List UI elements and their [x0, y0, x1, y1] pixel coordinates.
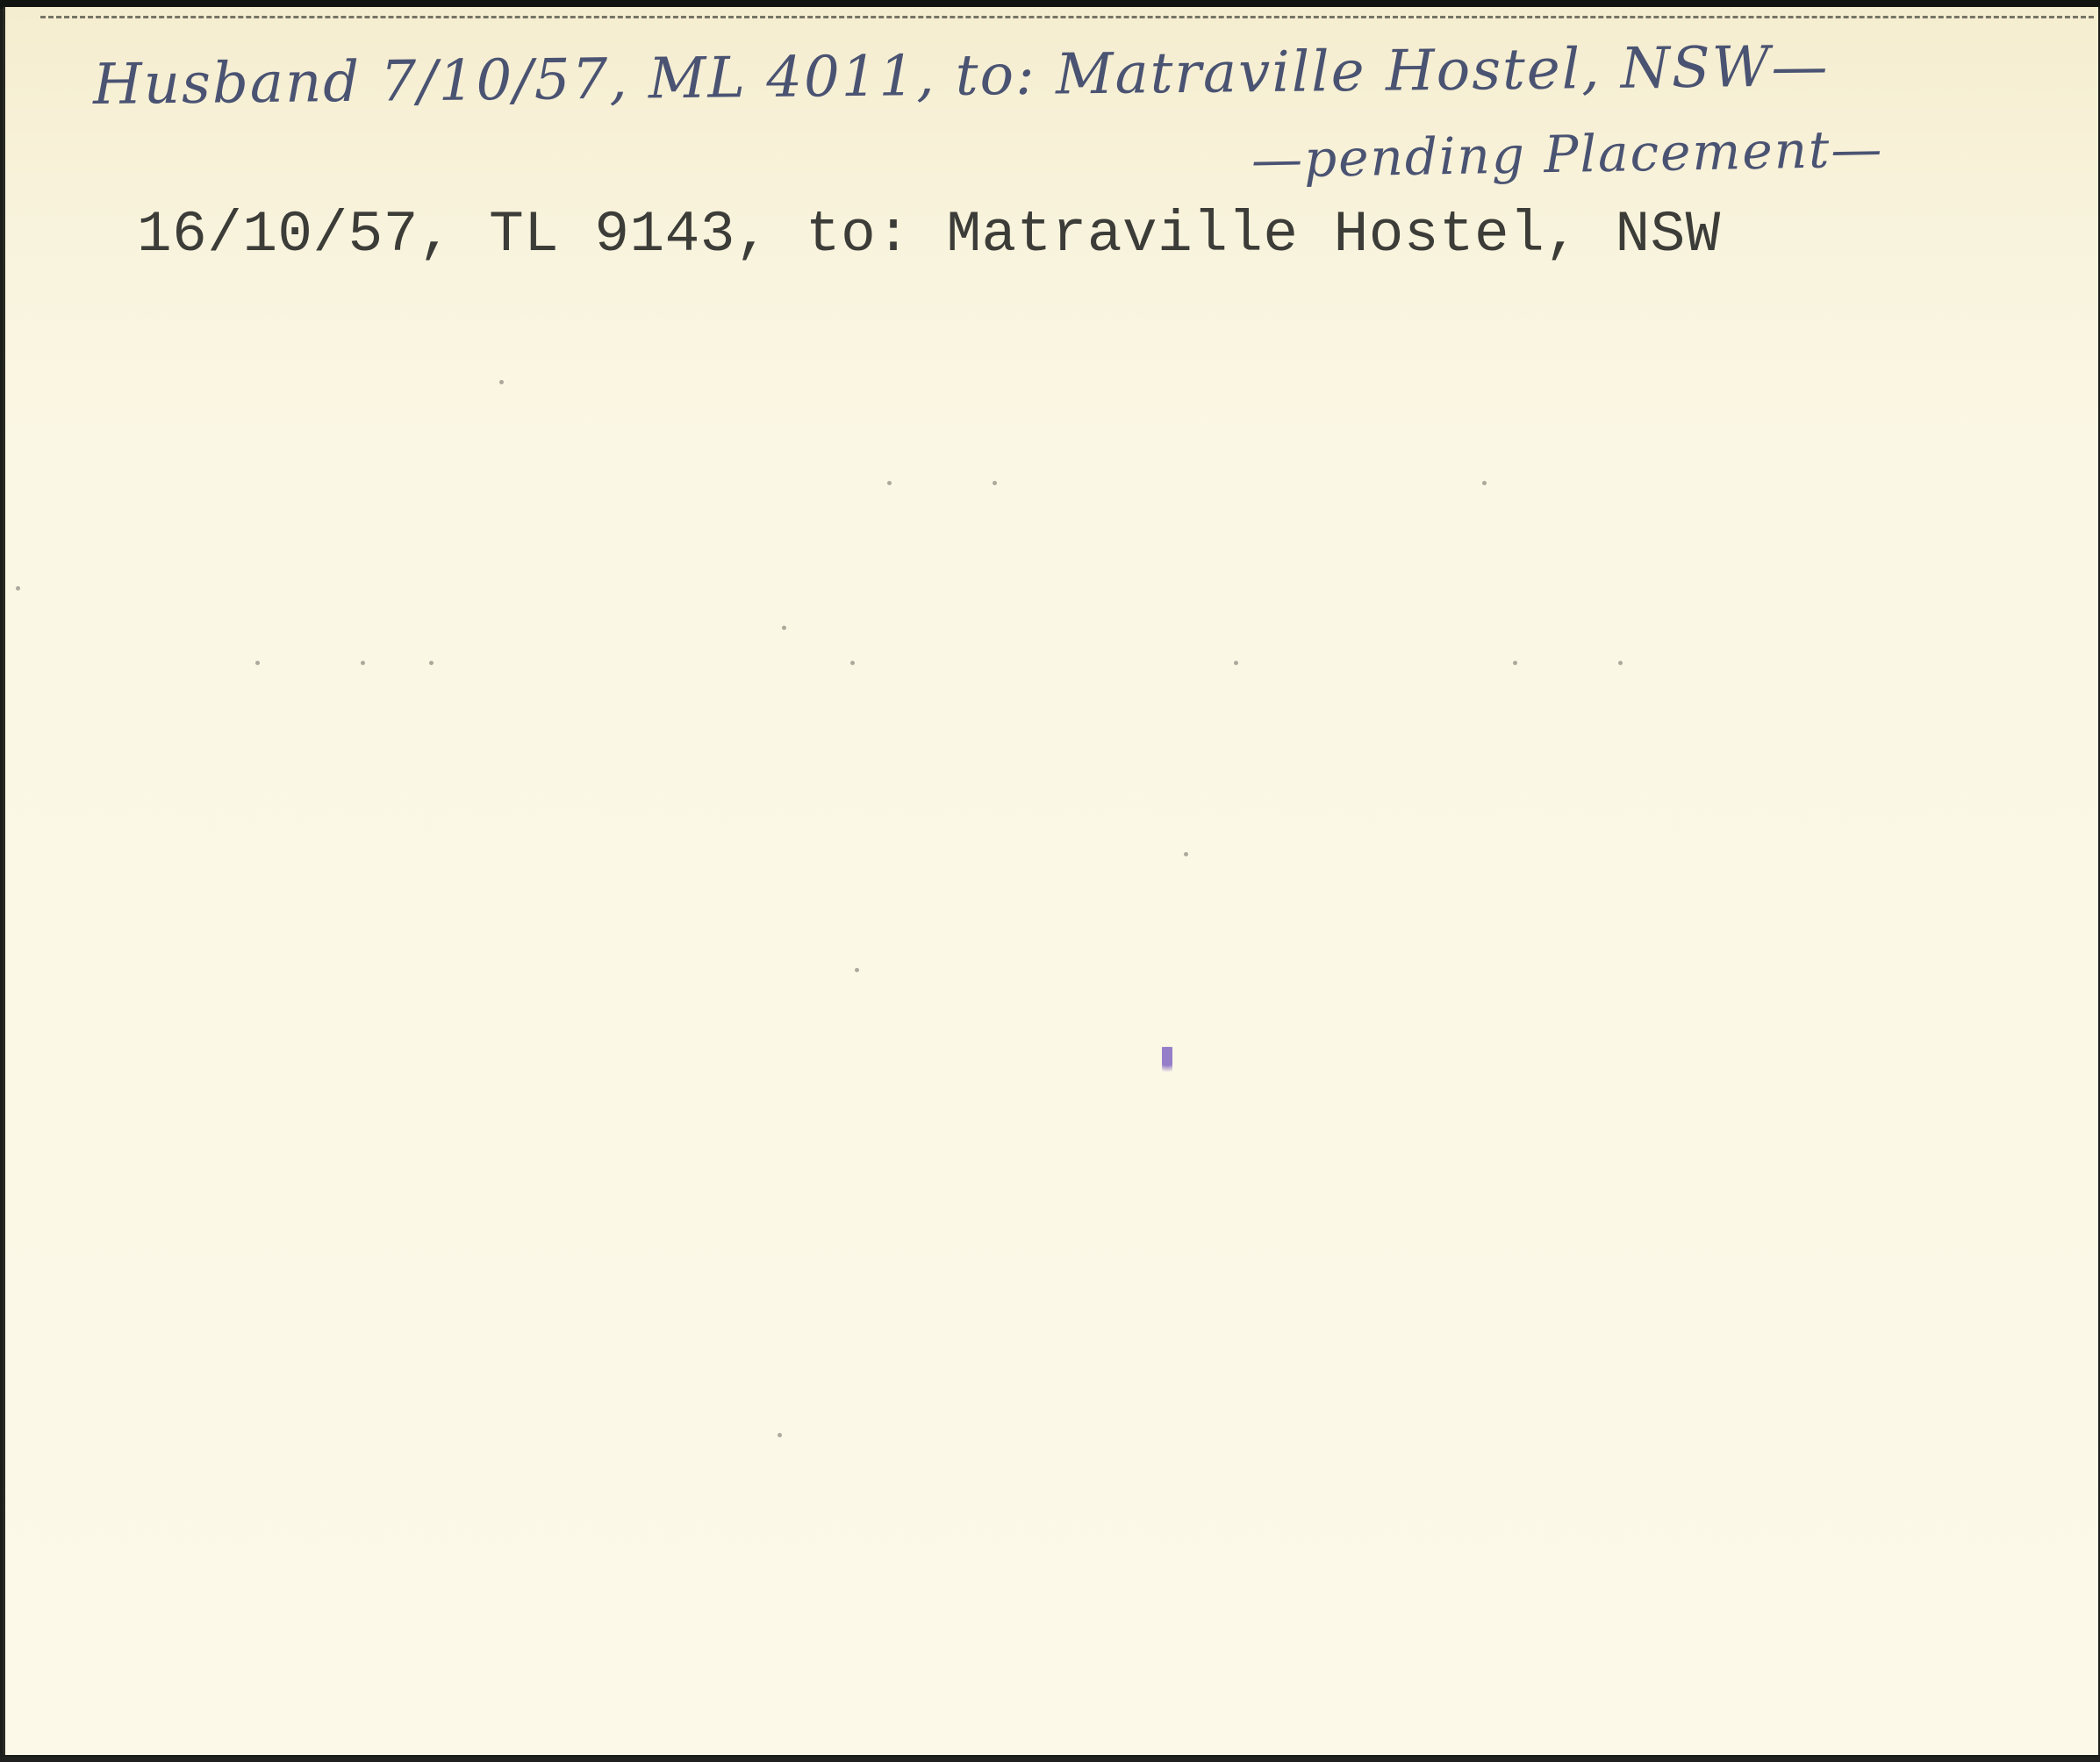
paper-speck: [778, 1433, 782, 1437]
paper-speck: [1482, 481, 1487, 485]
paper-speck: [499, 380, 504, 384]
paper-speck: [850, 661, 855, 665]
paper-speck: [782, 626, 786, 630]
paper-speck: [1234, 661, 1238, 665]
paper-speck: [361, 661, 365, 665]
paper-speck: [1513, 661, 1517, 665]
typed-entry-line-1: 16/10/57, TL 9143, to: Matraville Hostel…: [137, 202, 1721, 268]
paper-speck: [887, 481, 892, 485]
card-bottom-edge: [0, 1757, 2100, 1762]
ink-spot: [1162, 1047, 1172, 1078]
paper-speck: [16, 586, 20, 591]
handwritten-entry-line-1: Husband 7/10/57, ML 4011, to: Matraville…: [93, 34, 1830, 118]
paper-speck: [429, 661, 434, 665]
paper-speck: [993, 481, 997, 485]
handwritten-entry-line-2: —pending Placement—: [1251, 118, 1883, 190]
paper-speck: [1184, 852, 1188, 856]
index-card: Husband 7/10/57, ML 4011, to: Matraville…: [3, 7, 2098, 1755]
perforation-line: [40, 16, 2094, 18]
paper-speck: [855, 968, 859, 972]
paper-speck: [255, 661, 260, 665]
paper-speck: [1618, 661, 1623, 665]
